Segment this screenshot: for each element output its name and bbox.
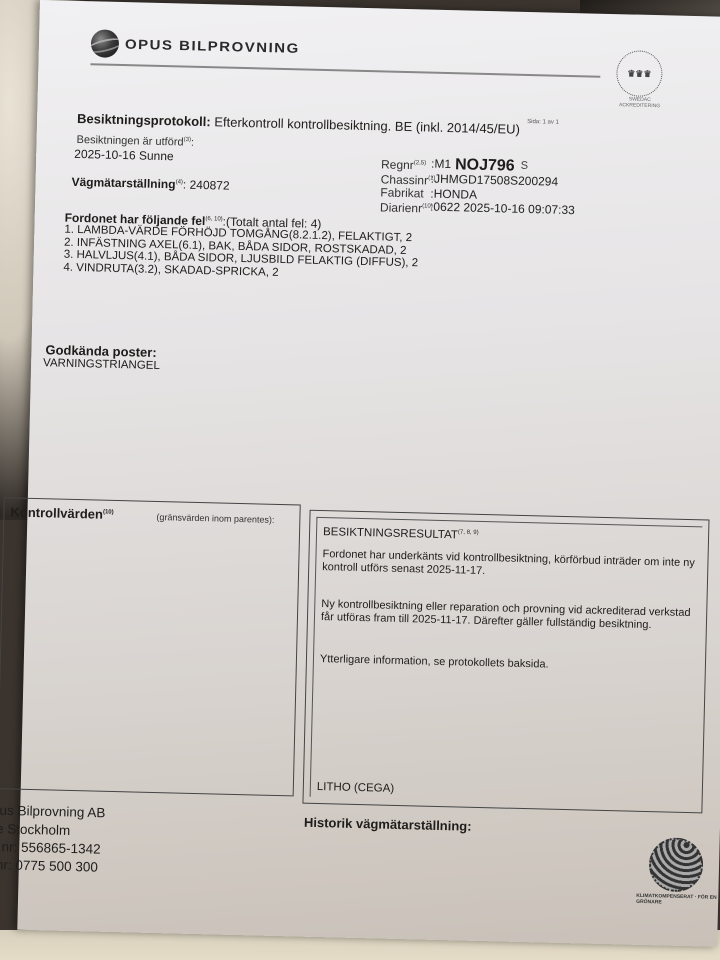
- control-values-title-text: Kontrollvärden: [10, 504, 103, 521]
- climate-compensated-seal-icon: [648, 837, 703, 892]
- performed-value: 2025-10-16 Sunne: [74, 147, 174, 163]
- company-name: Opus Bilprovning AB: [0, 802, 106, 820]
- inspection-result-inner: BESIKTNINGSRESULTAT(7, 8, 9) Fordonet ha…: [310, 517, 703, 806]
- regnr-label-text: Regnr: [381, 157, 414, 172]
- swedac-seal-label: SWEDAC ACKREDITERING: [618, 96, 662, 109]
- company-name-row: 9)Opus Bilprovning AB: [0, 799, 106, 823]
- company-org-number: Org.nr: 556865-1342: [0, 837, 105, 858]
- faults-list: 1. LAMBDA-VÄRDE FÖRHÖJD TOMGÅNG(8.2.1.2)…: [63, 224, 419, 283]
- footnote-ref: (6, 10): [205, 216, 222, 222]
- company-info: 9)Opus Bilprovning AB Säte Stockholm Org…: [0, 799, 106, 877]
- make-label: Fabrikat: [380, 186, 430, 200]
- page-indicator: Sida: 1 av 1: [527, 119, 559, 126]
- control-values-note: (gränsvärden inom parentes):: [156, 512, 274, 525]
- company-seat: Säte Stockholm: [0, 819, 105, 840]
- diary-value: :0622 2025-10-16 09:07:33: [430, 201, 575, 220]
- protocol-title-label: Besiktningsprotokoll:: [77, 111, 211, 129]
- diary-label-text: Diarienr: [380, 200, 422, 215]
- footnote-ref: (2,5): [414, 160, 426, 166]
- odometer-value: 240872: [189, 178, 229, 193]
- footnote-ref: (3): [184, 137, 191, 143]
- diary-label: Diarienr(10): [380, 199, 430, 215]
- footnote-ref: (4): [176, 179, 183, 185]
- odometer: Vägmätarställning(4): 240872: [71, 175, 229, 193]
- protocol-title: Besiktningsprotokoll: Efterkontroll kont…: [77, 111, 520, 137]
- brand-logo: OPUS BILPROVNING: [91, 29, 300, 62]
- regnr-label: Regnr(2,5): [381, 156, 431, 172]
- control-values-box: Kontrollvärden(10) (gränsvärden inom par…: [0, 497, 301, 796]
- swedac-seal-icon: ♛♛♛: [616, 50, 663, 97]
- result-title: BESIKTNINGSRESULTAT(7, 8, 9): [323, 526, 479, 542]
- diary-row: Diarienr(10) :0622 2025-10-16 09:07:33: [380, 199, 575, 219]
- company-phone: Tel.nr: 0775 500 300: [0, 855, 104, 876]
- footnote-ref: (10): [103, 509, 114, 515]
- globe-logo-icon: [91, 29, 120, 58]
- result-reinspection-info: Ny kontrollbesiktning eller reparation o…: [321, 598, 706, 632]
- inspection-protocol-document: OPUS BILPROVNING ♛♛♛ SWEDAC ACKREDITERIN…: [17, 0, 720, 947]
- footnote-ref: (7, 8, 9): [458, 530, 479, 537]
- result-verdict: Fordonet har underkänts vid kontrollbesi…: [322, 548, 707, 582]
- odometer-history-heading: Historik vägmätarställning:: [304, 815, 472, 834]
- protocol-title-type: Efterkontroll kontrollbesiktning. BE (in…: [214, 114, 520, 136]
- inspection-result-box: BESIKTNINGSRESULTAT(7, 8, 9) Fordonet ha…: [302, 510, 709, 814]
- vehicle-info: Regnr(2,5) :M1 NOJ796 S Chassinr(1) :JHM…: [380, 156, 576, 219]
- control-values-title: Kontrollvärden(10): [10, 504, 113, 522]
- regnr-suffix: S: [520, 160, 528, 175]
- climate-seal-label: KLIMATKOMPENSERAT · FÖR EN GRÖNARE: [636, 893, 718, 907]
- brand-name: OPUS BILPROVNING: [125, 36, 300, 56]
- result-more-info: Ytterligare information, se protokollets…: [320, 653, 705, 675]
- result-title-text: BESIKTNINGSRESULTAT: [323, 526, 458, 541]
- approved-item: VARNINGSTRIANGEL: [43, 357, 160, 372]
- odometer-label: Vägmätarställning: [71, 175, 175, 192]
- header-divider: [90, 63, 600, 77]
- inspector-id: LITHO (CEGA): [317, 781, 395, 795]
